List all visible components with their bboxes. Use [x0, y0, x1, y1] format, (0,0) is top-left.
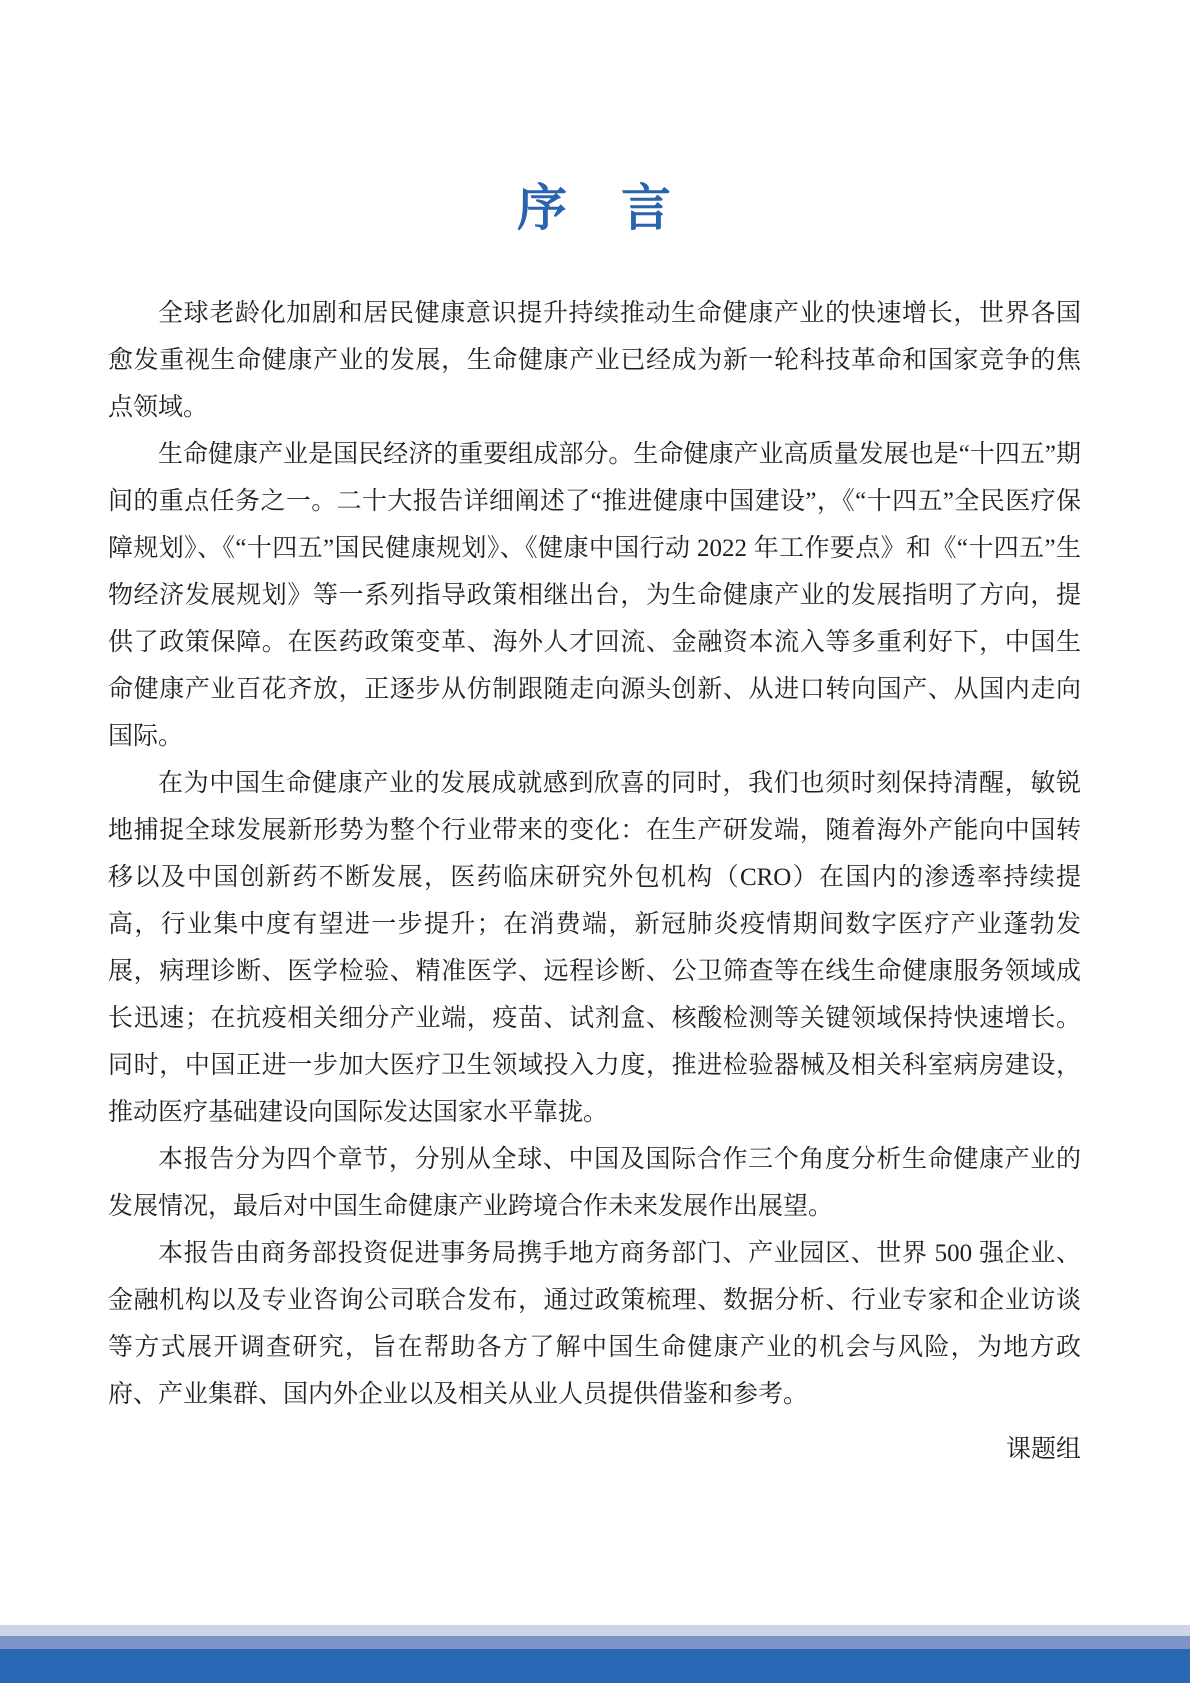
signature: 课题组	[108, 1426, 1081, 1473]
footer-bar-dark	[0, 1649, 1190, 1683]
footer-bar-light	[0, 1625, 1190, 1636]
footer-bar-medium	[0, 1636, 1190, 1649]
document-page: 序 言 全球老龄化加剧和居民健康意识提升持续推动生命健康产业的快速增长，世界各国…	[0, 0, 1190, 1683]
paragraph-5: 本报告由商务部投资促进事务局携手地方商务部门、产业园区、世界 500 强企业、金…	[108, 1230, 1081, 1418]
paragraph-4: 本报告分为四个章节，分别从全球、中国及国际合作三个角度分析生命健康产业的发展情况…	[108, 1136, 1081, 1230]
paragraph-3: 在为中国生命健康产业的发展成就感到欣喜的同时，我们也须时刻保持清醒，敏锐地捕捉全…	[108, 760, 1081, 1136]
page-title: 序 言	[0, 0, 1190, 240]
paragraph-2: 生命健康产业是国民经济的重要组成部分。生命健康产业高质量发展也是“十四五”期间的…	[108, 431, 1081, 760]
paragraph-1: 全球老龄化加剧和居民健康意识提升持续推动生命健康产业的快速增长，世界各国愈发重视…	[108, 290, 1081, 431]
footer-decoration	[0, 1625, 1190, 1683]
preface-body: 全球老龄化加剧和居民健康意识提升持续推动生命健康产业的快速增长，世界各国愈发重视…	[108, 290, 1081, 1473]
